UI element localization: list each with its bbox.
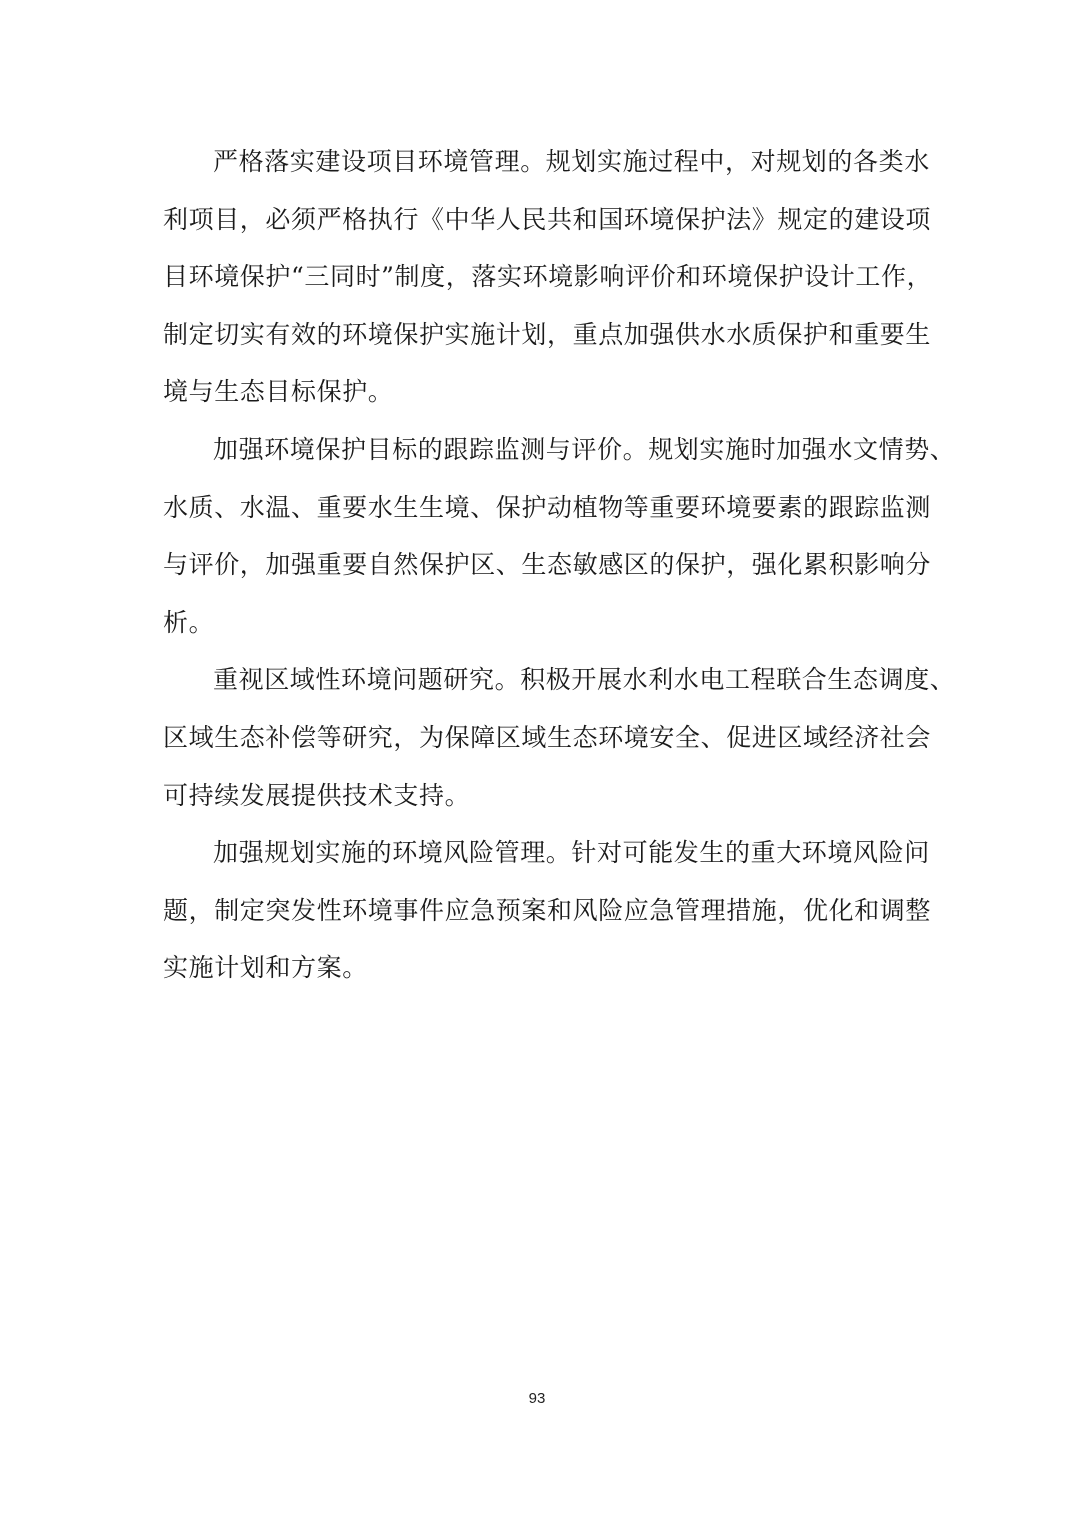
paragraph-regional-research: 重视区域性环境问题研究。积极开展水利水电工程联合生态调度、 区域生态补偿等研究，… xyxy=(163,658,923,831)
text-line: 制定切实有效的环境保护实施计划，重点加强供水水质保护和重要生 xyxy=(163,313,923,371)
page-number: 93 xyxy=(0,1390,1074,1407)
paragraph-risk-management: 加强规划实施的环境风险管理。针对可能发生的重大环境风险问 题，制定突发性环境事件… xyxy=(163,831,923,1004)
text-line: 加强规划实施的环境风险管理。针对可能发生的重大环境风险问 xyxy=(163,831,923,889)
text-line: 加强环境保护目标的跟踪监测与评价。规划实施时加强水文情势、 xyxy=(163,428,923,486)
paragraph-project-environment-management: 严格落实建设项目环境管理。规划实施过程中，对规划的各类水 利项目，必须严格执行《… xyxy=(163,140,923,428)
text-line: 境与生态目标保护。 xyxy=(163,370,923,428)
text-line: 与评价，加强重要自然保护区、生态敏感区的保护，强化累积影响分 xyxy=(163,543,923,601)
text-line: 题，制定突发性环境事件应急预案和风险应急管理措施，优化和调整 xyxy=(163,889,923,947)
document-page: 严格落实建设项目环境管理。规划实施过程中，对规划的各类水 利项目，必须严格执行《… xyxy=(0,0,1074,1520)
text-line: 严格落实建设项目环境管理。规划实施过程中，对规划的各类水 xyxy=(163,140,923,198)
paragraph-monitoring-evaluation: 加强环境保护目标的跟踪监测与评价。规划实施时加强水文情势、 水质、水温、重要水生… xyxy=(163,428,923,658)
text-line: 实施计划和方案。 xyxy=(163,946,923,1004)
text-line: 可持续发展提供技术支持。 xyxy=(163,774,923,832)
text-line: 目环境保护“三同时”制度，落实环境影响评价和环境保护设计工作， xyxy=(163,255,923,313)
text-line: 利项目，必须严格执行《中华人民共和国环境保护法》规定的建设项 xyxy=(163,198,923,256)
text-line: 水质、水温、重要水生生境、保护动植物等重要环境要素的跟踪监测 xyxy=(163,486,923,544)
text-line: 区域生态补偿等研究，为保障区域生态环境安全、促进区域经济社会 xyxy=(163,716,923,774)
text-line: 析。 xyxy=(163,601,923,659)
text-line: 重视区域性环境问题研究。积极开展水利水电工程联合生态调度、 xyxy=(163,658,923,716)
body-text: 严格落实建设项目环境管理。规划实施过程中，对规划的各类水 利项目，必须严格执行《… xyxy=(163,140,923,1004)
